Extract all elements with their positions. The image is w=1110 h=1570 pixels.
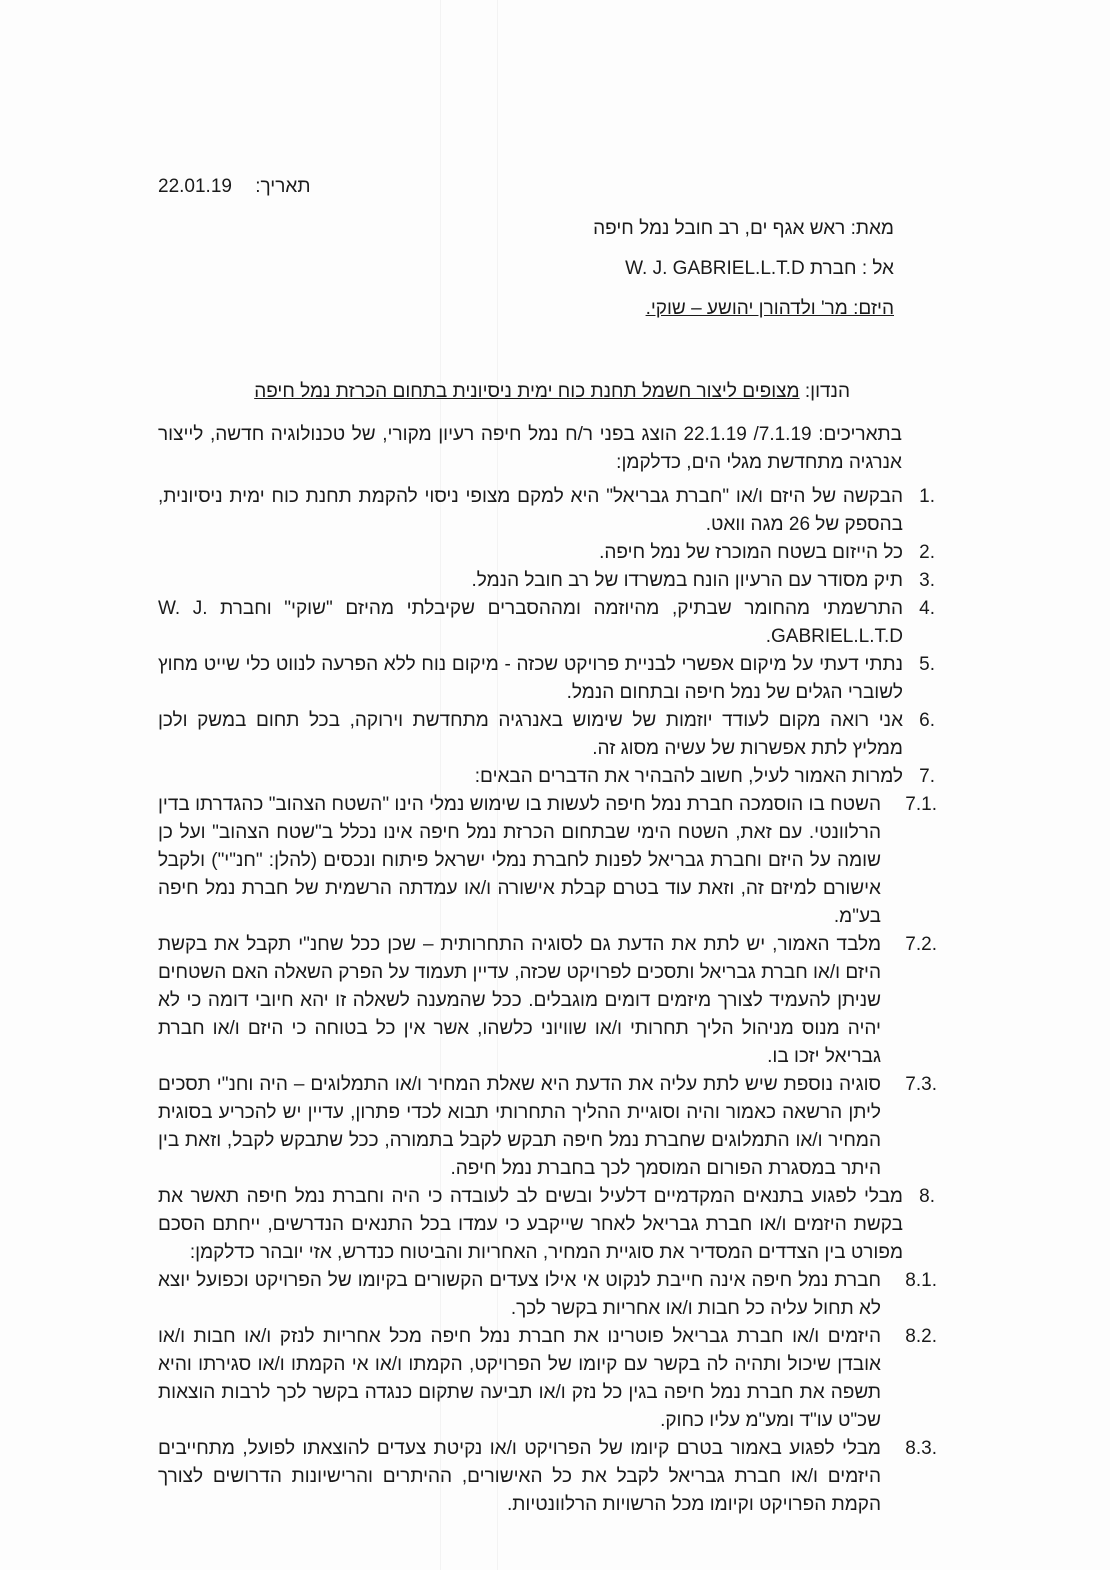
sub-list-item-number: 8.3.: [905, 1435, 937, 1463]
sub-list-item: 8.3.מבלי לפגוע באמור בטרם קיומו של הפרוי…: [158, 1435, 935, 1519]
to-prefix: אל : חברת: [810, 258, 894, 279]
list-item-number: 8.: [919, 1183, 935, 1211]
sub-list-item-number: 7.3.: [905, 1071, 937, 1099]
list-item-number: 7.: [919, 763, 935, 791]
sub-list-item-text: חברת נמל חיפה אינה חייבת לנקוט אי אילו צ…: [158, 1270, 881, 1319]
list-item-text: אני רואה מקום לעודד יוזמות של שימוש באנר…: [158, 710, 903, 759]
sub-list-item: 7.1.השטח בו הוסמכה חברת נמל חיפה לעשות ב…: [158, 791, 935, 931]
list-item: 5.נתתי דעתי על מיקום אפשרי לבניית פרויקט…: [158, 651, 935, 707]
list-item-text: התרשמתי מהחומר שבתיק, מהיוזמה ומההסברים …: [158, 598, 903, 647]
sub-list-item-number: 7.2.: [905, 931, 937, 959]
to-company: W. J. GABRIEL.L.T.D: [625, 258, 805, 279]
list-item-number: 3.: [919, 567, 935, 595]
list-item-number: 5.: [919, 651, 935, 679]
list-item: 1.הבקשה של היזם ו/או "חברת גבריאל" היא ל…: [158, 483, 935, 539]
list-item-text: כל הייזום בשטח המוכרז של נמל חיפה.: [599, 542, 903, 563]
list-item-text: נתתי דעתי על מיקום אפשרי לבניית פרויקט ש…: [158, 654, 903, 703]
list-item: 7.למרות האמור לעיל, חשוב להבהיר את הדברי…: [158, 763, 935, 1183]
list-item: 4.התרשמתי מהחומר שבתיק, מהיוזמה ומההסברי…: [158, 595, 935, 651]
to-line: אל : חברת W. J. GABRIEL.L.T.D: [625, 258, 894, 280]
sub-list: 7.1.השטח בו הוסמכה חברת נמל חיפה לעשות ב…: [158, 791, 935, 1183]
sub-list-item-number: 8.2.: [905, 1323, 937, 1351]
sub-list-item-text: מבלי לפגוע באמור בטרם קיומו של הפרויקט ו…: [158, 1438, 881, 1515]
list-item: 3.תיק מסודר עם הרעיון הונח במשרדו של רב …: [158, 567, 935, 595]
sub-list-item: 8.1.חברת נמל חיפה אינה חייבת לנקוט אי אי…: [158, 1267, 935, 1323]
sub-list-item: 7.2.מלבד האמור, יש לתת את הדעת גם לסוגיה…: [158, 931, 935, 1071]
date-value: 22.01.19: [158, 176, 232, 197]
subject-text: מצופים ליצור חשמל תחנת כוח ימית ניסיונית…: [254, 381, 799, 402]
list-item: 8.מבלי לפגוע בתנאים המקדמיים דלעיל ובשים…: [158, 1183, 935, 1519]
list-item-text: תיק מסודר עם הרעיון הונח במשרדו של רב חו…: [471, 570, 903, 591]
list-item-text: הבקשה של היזם ו/או "חברת גבריאל" היא למק…: [158, 486, 903, 535]
list-item-number: 6.: [919, 707, 935, 735]
from-line: מאת: ראש אגף ים, רב חובל נמל חיפה: [593, 218, 894, 240]
sub-list-item-text: השטח בו הוסמכה חברת נמל חיפה לעשות בו שי…: [158, 794, 881, 927]
sub-list-item-text: היזמים ו/או חברת גבריאל פוטרינו את חברת …: [158, 1326, 881, 1431]
numbered-list: 1.הבקשה של היזם ו/או "חברת גבריאל" היא ל…: [158, 483, 935, 1519]
sub-list-item-number: 7.1.: [905, 791, 937, 819]
sub-list-item: 7.3.סוגיה נוספת שיש לתת עליה את הדעת היא…: [158, 1071, 935, 1183]
subject-label: הנדון:: [805, 381, 850, 402]
sub-list: 8.1.חברת נמל חיפה אינה חייבת לנקוט אי אי…: [158, 1267, 935, 1519]
date-label: תאריך:: [255, 176, 310, 197]
sub-list-item-text: סוגיה נוספת שיש לתת עליה את הדעת היא שאל…: [158, 1074, 881, 1179]
list-item-number: 2.: [919, 539, 935, 567]
list-item-text: מבלי לפגוע בתנאים המקדמיים דלעיל ובשים ל…: [158, 1186, 903, 1263]
list-item-number: 4.: [919, 595, 935, 623]
sub-list-item: 8.2.היזמים ו/או חברת גבריאל פוטרינו את ח…: [158, 1323, 935, 1435]
initiator-line: היזם: מר' ולדהורן יהושע – שוקי.: [646, 298, 894, 320]
list-item: 2.כל הייזום בשטח המוכרז של נמל חיפה.: [158, 539, 935, 567]
scanned-letter-page: תאריך: 22.01.19 מאת: ראש אגף ים, רב חובל…: [0, 0, 1110, 1570]
list-item: 6.אני רואה מקום לעודד יוזמות של שימוש בא…: [158, 707, 935, 763]
sub-list-item-text: מלבד האמור, יש לתת את הדעת גם לסוגיה התח…: [158, 934, 881, 1067]
intro-prefix: בתאריכים:: [818, 424, 902, 445]
intro-dates: 22.1.19 /7.1.19: [683, 424, 811, 445]
list-item-number: 1.: [919, 483, 935, 511]
sub-list-item-number: 8.1.: [905, 1267, 937, 1295]
subject-line: הנדון: מצופים ליצור חשמל תחנת כוח ימית נ…: [254, 381, 850, 403]
intro-paragraph: בתאריכים: 22.1.19 /7.1.19 הוצג בפני ר/ח …: [158, 421, 902, 477]
date-line: תאריך: 22.01.19: [158, 176, 310, 198]
list-item-text: למרות האמור לעיל, חשוב להבהיר את הדברים …: [475, 766, 903, 787]
